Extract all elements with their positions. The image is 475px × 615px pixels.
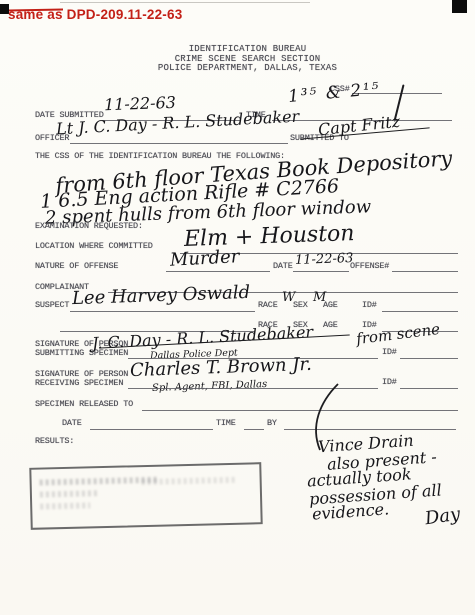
receiving-id-blank (400, 388, 458, 389)
offense-number-label: OFFENSE# (350, 261, 389, 271)
margin-note-signature: Day (424, 506, 462, 529)
offense-date-value: 11-22-63 (295, 252, 354, 267)
margin-note-line: evidence. (312, 501, 390, 522)
id-blank (382, 311, 458, 312)
date-submitted-value: 11-22-63 (104, 95, 176, 113)
id-label: ID# (362, 300, 377, 310)
time-value: 1³⁵ & 2¹⁵ (287, 81, 381, 106)
footer-by-label: BY (267, 418, 277, 428)
header-department: POLICE DEPARTMENT, DALLAS, TEXAS (140, 64, 355, 74)
scanned-document-page: same as DPD-209.11-22-63 IDENTIFICATION … (0, 0, 475, 615)
submitting-id-blank (400, 358, 458, 359)
form-header: IDENTIFICATION BUREAU CRIME SCENE SEARCH… (140, 45, 355, 74)
released-label: SPECIMEN RELEASED TO (35, 399, 133, 409)
suspect-label: SUSPECT (35, 300, 69, 310)
faded-stamp (29, 462, 262, 530)
scan-artifact-top-right (452, 0, 467, 13)
race-label: RACE (258, 300, 278, 310)
row2-age-label: AGE (323, 320, 338, 330)
stamp-smudge (40, 490, 100, 497)
submitting-id-label: ID# (382, 347, 397, 357)
location-label: LOCATION WHERE COMMITTED (35, 241, 153, 251)
red-annotation: same as DPD-209.11-22-63 (8, 7, 182, 22)
scan-edge-line (60, 2, 310, 3)
receiving-label-line2: RECEIVING SPECIMEN (35, 378, 123, 388)
stamp-smudge (142, 477, 237, 485)
sex-label: SEX (293, 300, 308, 310)
offense-label: NATURE OF OFFENSE (35, 261, 118, 271)
results-label: RESULTS: (35, 436, 74, 446)
offense-number-blank (392, 271, 458, 272)
offense-blank (166, 271, 270, 272)
suspect-value: Lee Harvey Oswald (72, 284, 251, 308)
footer-time-label: TIME (216, 418, 236, 428)
age-label: AGE (323, 300, 338, 310)
offense-date-label: DATE (273, 261, 293, 271)
offense-value: Murder (170, 248, 240, 270)
officer-blank (70, 143, 288, 144)
offense-date-blank (293, 271, 349, 272)
receiving-org: Spl. Agent, FBI, Dallas (152, 380, 268, 394)
submitted-to-value: Capt Fritz (317, 114, 400, 139)
stamp-smudge (40, 502, 90, 509)
footer-time-blank (244, 429, 264, 430)
receiving-id-label: ID# (382, 377, 397, 387)
examination-requested-label: EXAMINATION REQUESTED: (35, 221, 143, 231)
suspect-blank (70, 311, 255, 312)
receiving-signature: Charles T. Brown Jr. (130, 356, 312, 380)
footer-date-blank (90, 429, 213, 430)
footer-date-label: DATE (62, 418, 82, 428)
